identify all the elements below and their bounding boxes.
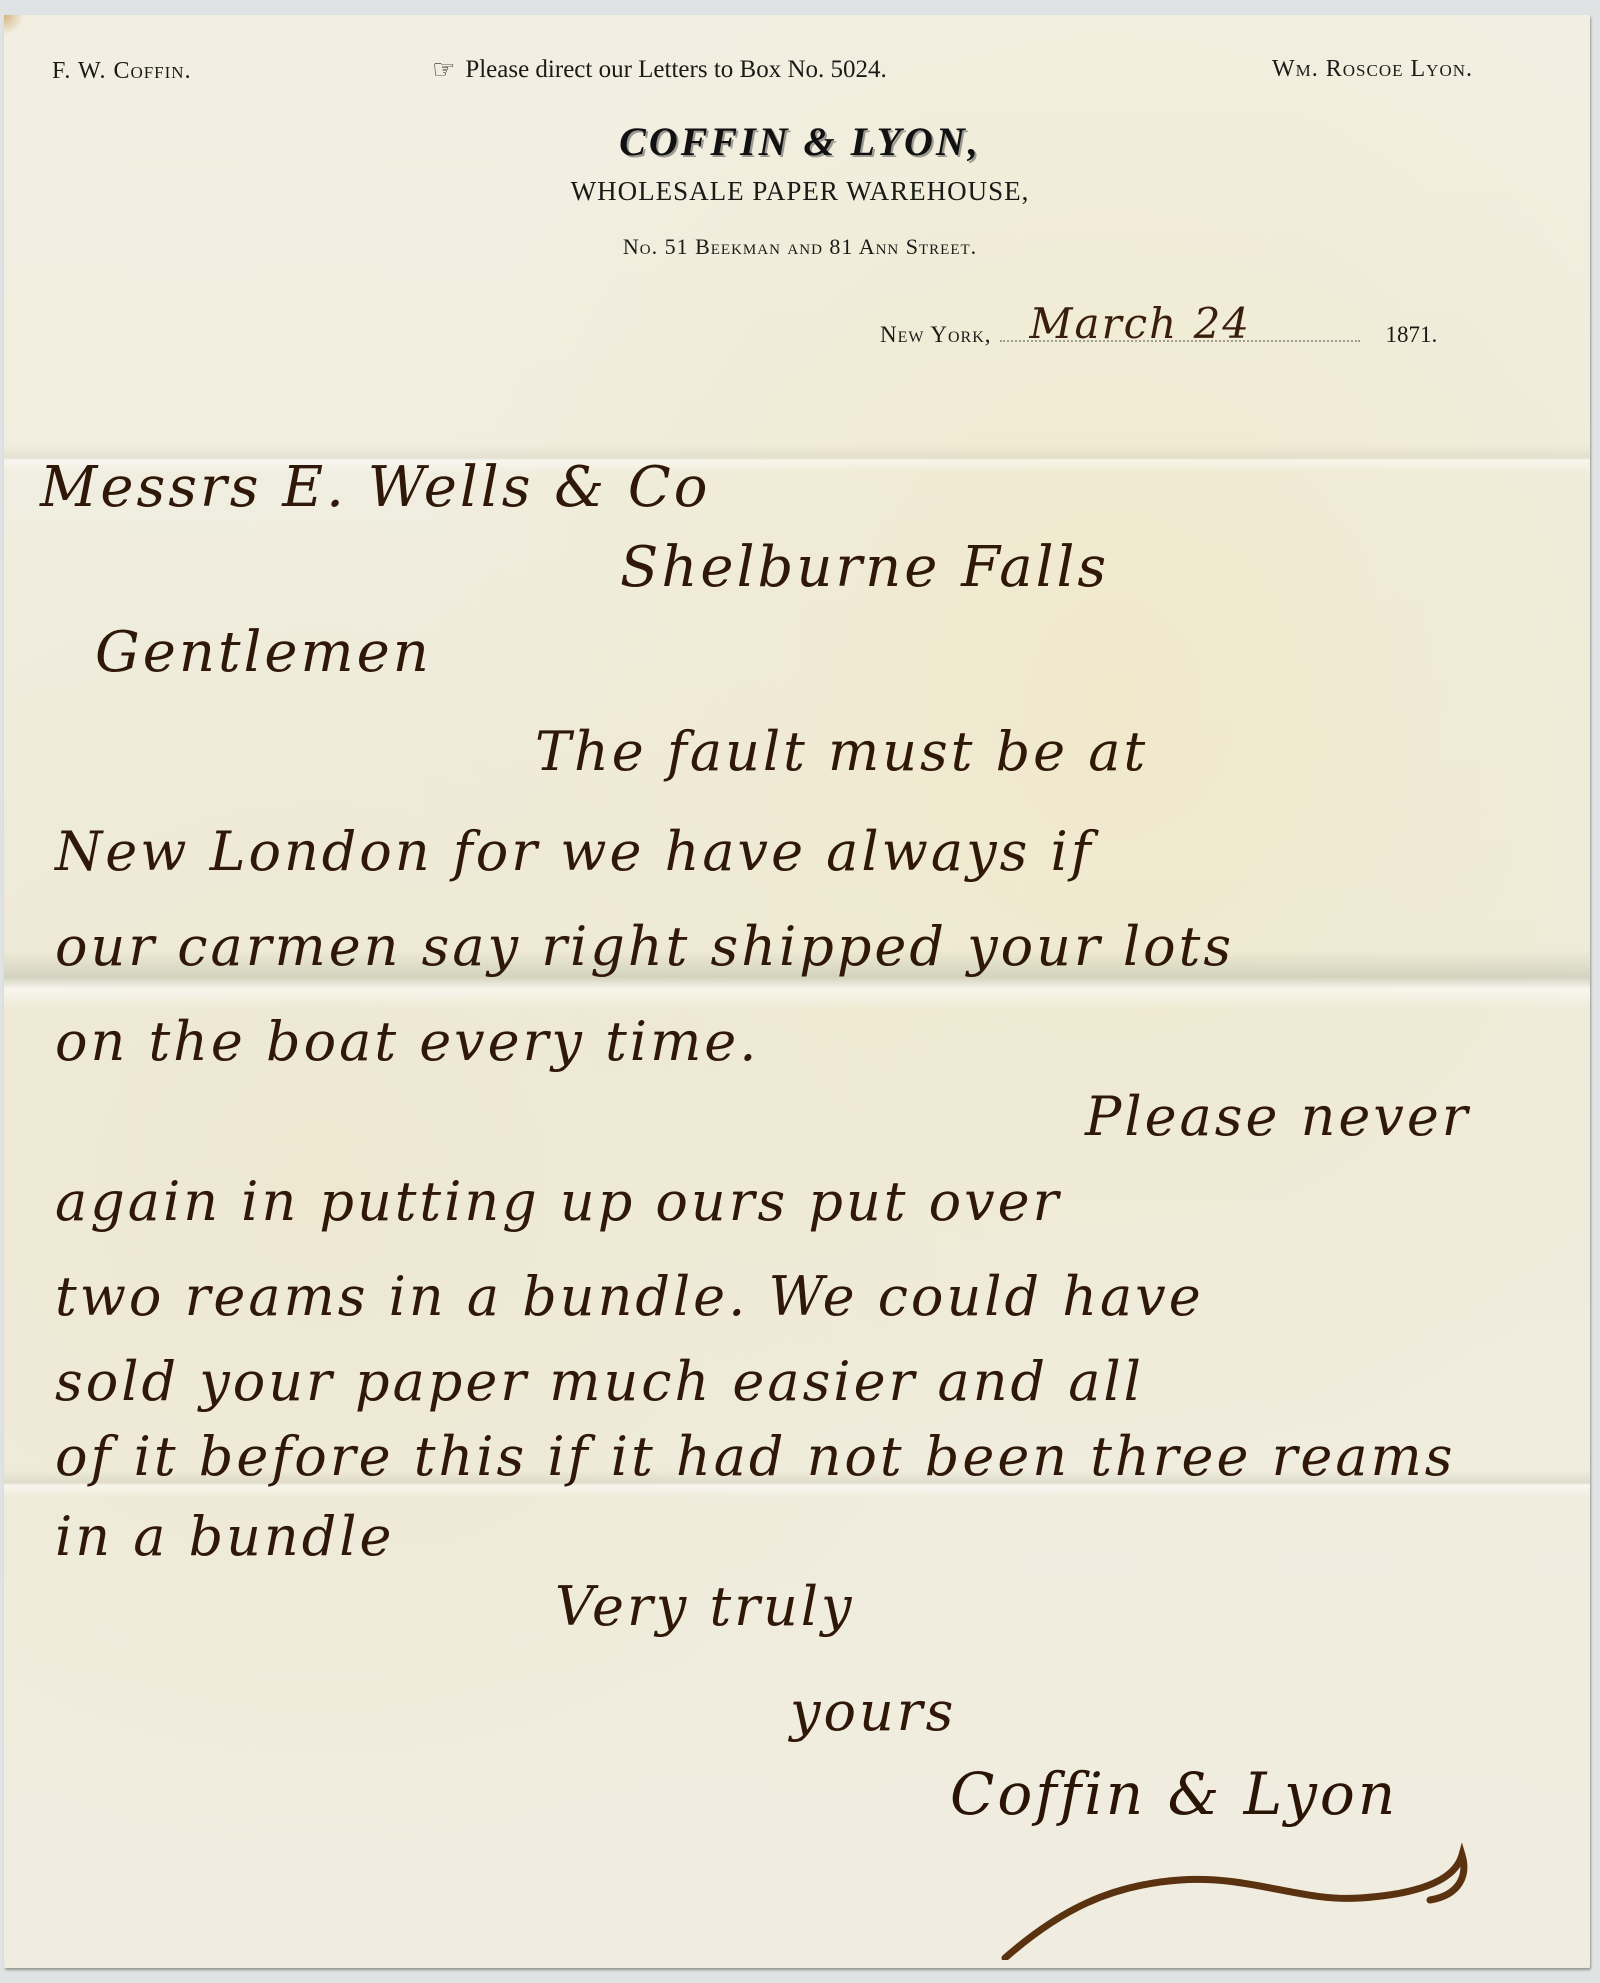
direct-letters-text: Please direct our Letters to Box No. 502… <box>465 56 886 83</box>
body-line: our carmen say right shipped your lots <box>55 915 1234 978</box>
pointing-hand-icon: ☞ <box>432 55 455 85</box>
date-year: 1871. <box>1386 322 1438 348</box>
letter-paper <box>4 15 1590 1968</box>
signature: Coffin & Lyon <box>950 1760 1398 1828</box>
direct-letters-notice: ☞Please direct our Letters to Box No. 50… <box>432 55 887 85</box>
closing-line-2: yours <box>790 1680 956 1743</box>
body-line: of it before this if it had not been thr… <box>55 1425 1455 1488</box>
corner-stain <box>4 15 24 35</box>
handwritten-date: March 24 <box>1030 299 1252 348</box>
body-line: sold your paper much easier and all <box>55 1350 1144 1413</box>
date-city: New York, <box>880 322 992 348</box>
firm-address: No. 51 Beekman and 81 Ann Street. <box>0 234 1600 260</box>
body-line: in a bundle <box>55 1505 395 1568</box>
addressee: Messrs E. Wells & Co <box>40 455 710 520</box>
firm-name: COFFIN & LYON, <box>0 118 1600 165</box>
body-line: two reams in a bundle. We could have <box>55 1265 1204 1328</box>
dateline: New York, March 24 1871. <box>880 318 1437 348</box>
signature-flourish <box>1000 1840 1480 1960</box>
body-line: The fault must be at <box>535 720 1148 783</box>
date-fill-line: March 24 <box>1000 318 1360 342</box>
partner-name-right: Wm. Roscoe Lyon. <box>1272 56 1473 83</box>
closing-line-1: Very truly <box>555 1575 855 1638</box>
body-line: on the boat every time. <box>55 1010 759 1073</box>
body-line: again in putting up ours put over <box>55 1170 1061 1233</box>
partner-name-left: F. W. Coffin. <box>52 58 192 85</box>
body-line: New London for we have always if <box>55 820 1094 883</box>
greeting: Gentlemen <box>95 620 432 685</box>
body-line: Please never <box>1085 1085 1471 1148</box>
addressee-place: Shelburne Falls <box>620 535 1109 600</box>
firm-description: WHOLESALE PAPER WAREHOUSE, <box>0 176 1600 207</box>
